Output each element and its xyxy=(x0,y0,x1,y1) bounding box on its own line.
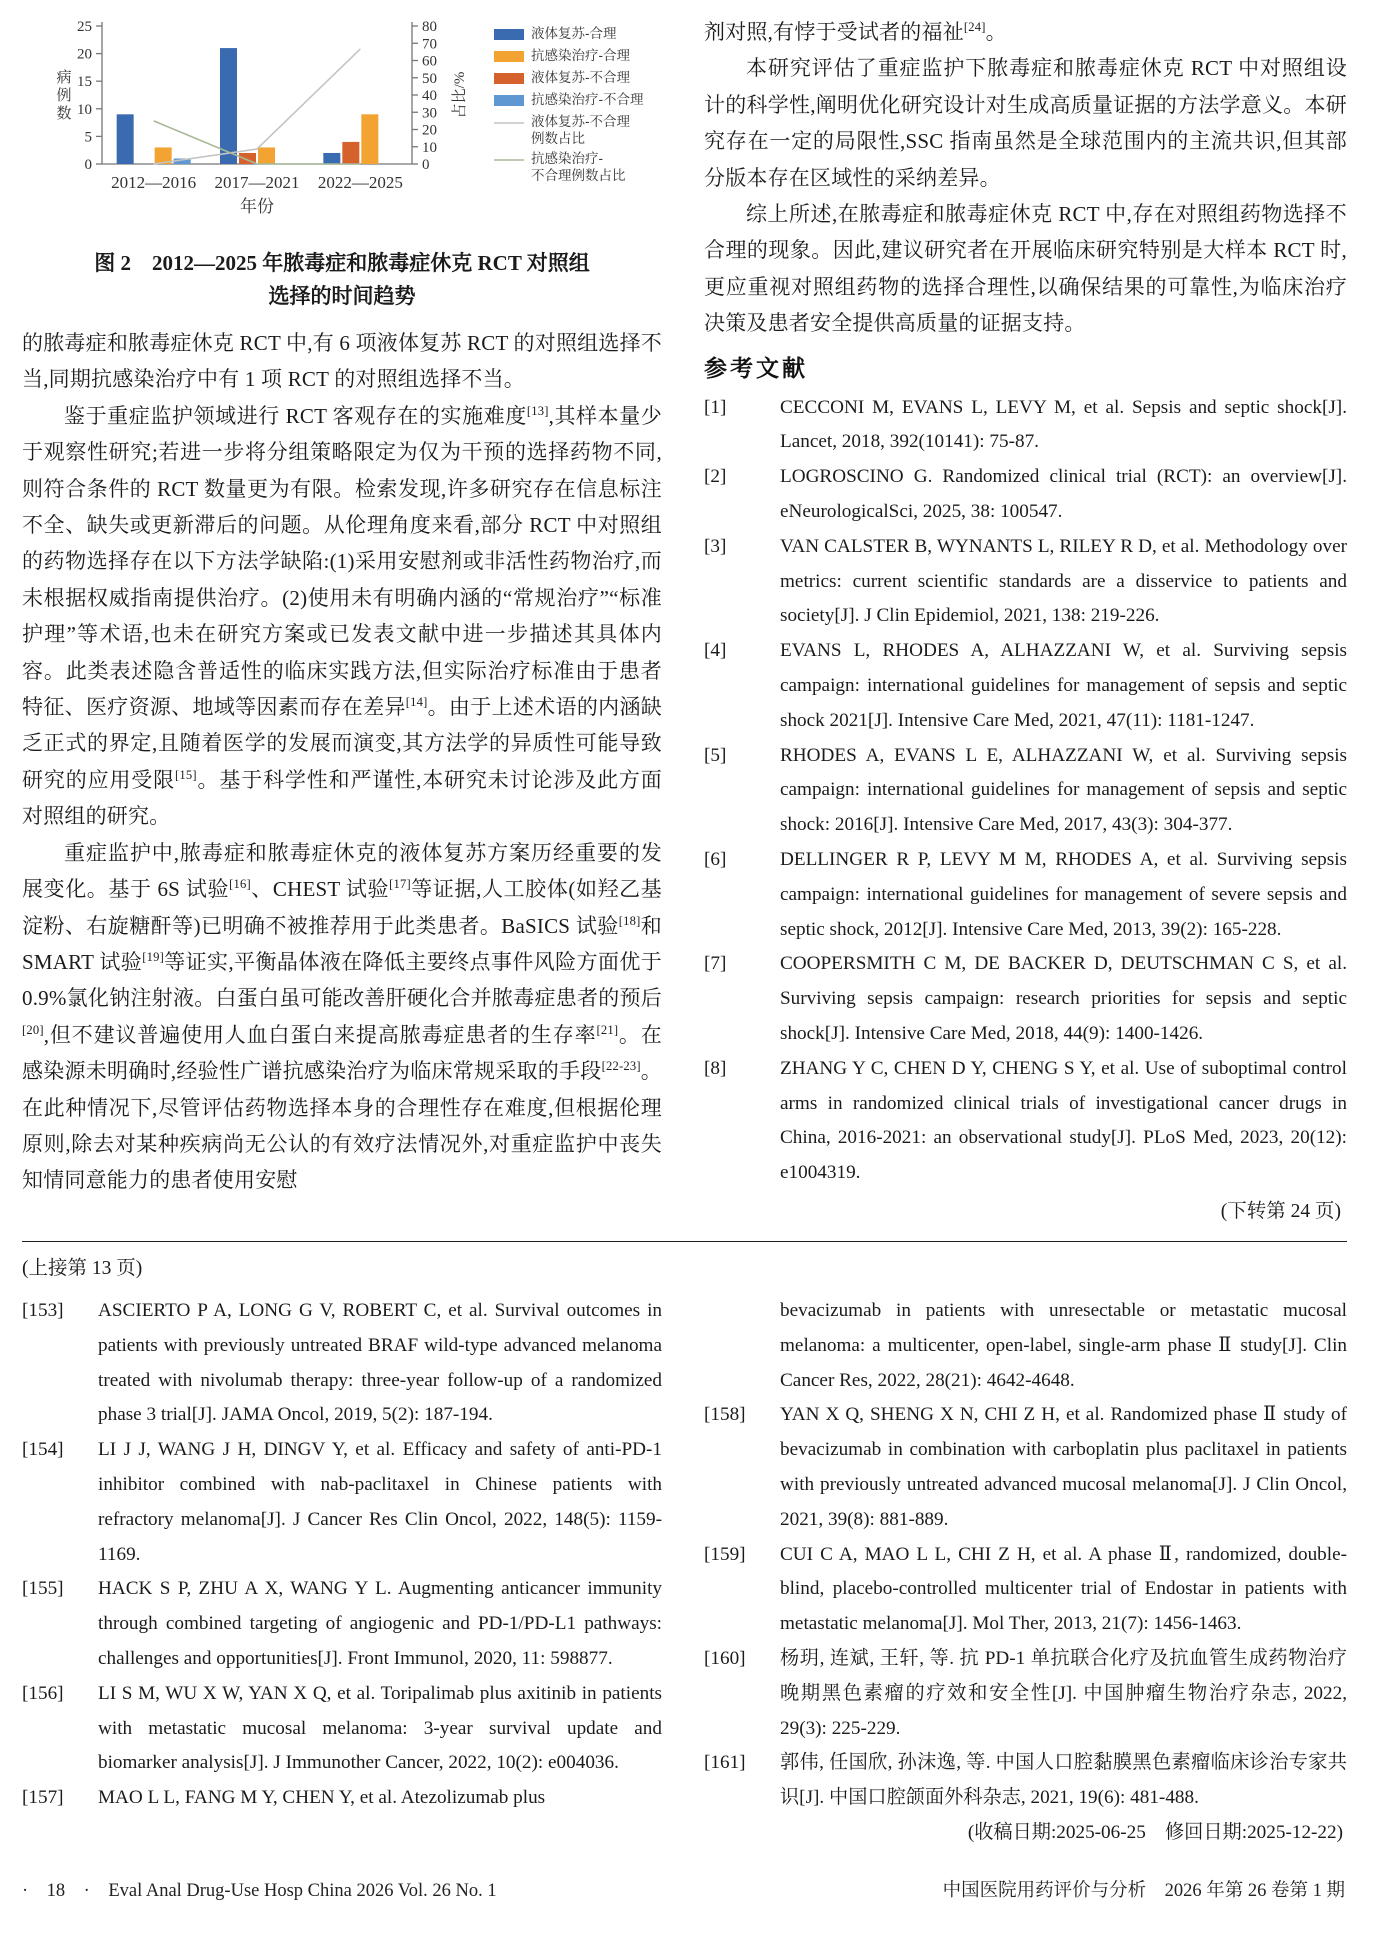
svg-text:2012—2016: 2012—2016 xyxy=(111,173,196,192)
page-footer: · 18 · Eval Anal Drug-Use Hosp China 202… xyxy=(22,1876,1345,1902)
svg-text:2017—2021: 2017—2021 xyxy=(215,173,300,192)
reference-text: HACK S P, ZHU A X, WANG Y L. Augmenting … xyxy=(98,1572,662,1676)
svg-text:液体复苏-合理: 液体复苏-合理 xyxy=(531,25,617,41)
reference-text: COOPERSMITH C M, DE BACKER D, DEUTSCHMAN… xyxy=(780,947,1347,1051)
reference-item: [159] CUI C A, MAO L L, CHI Z H, et al. … xyxy=(704,1538,1347,1642)
svg-text:病: 病 xyxy=(56,69,71,86)
svg-text:80: 80 xyxy=(422,19,437,35)
reference-number: [5] xyxy=(704,739,780,843)
reference-number: [6] xyxy=(704,843,780,947)
reference-text: CECCONI M, EVANS L, LEVY M, et al. Sepsi… xyxy=(780,391,1347,461)
reference-number: [156] xyxy=(22,1677,98,1781)
reference-text: 杨玥, 连斌, 王轩, 等. 抗 PD-1 单抗联合化疗及抗血管生成药物治疗晚期… xyxy=(780,1642,1347,1746)
svg-text:占比/%: 占比/% xyxy=(451,72,468,119)
svg-text:抗感染治疗-合理: 抗感染治疗-合理 xyxy=(531,47,630,63)
reference-text: 郭伟, 任国欣, 孙沫逸, 等. 中国人口腔黏膜黑色素瘤临床诊治专家共识[J].… xyxy=(780,1746,1347,1816)
reference-number: [4] xyxy=(704,634,780,738)
reference-text: LI J J, WANG J H, DINGV Y, et al. Effica… xyxy=(98,1433,662,1572)
reference-number: [7] xyxy=(704,947,780,1051)
reference-item: [2] LOGROSCINO G. Randomized clinical tr… xyxy=(704,460,1347,530)
svg-text:例: 例 xyxy=(56,87,71,104)
reference-text: EVANS L, RHODES A, ALHAZZANI W, et al. S… xyxy=(780,634,1347,738)
reference-item: [158] YAN X Q, SHENG X N, CHI Z H, et al… xyxy=(704,1398,1347,1537)
reference-number: [8] xyxy=(704,1052,780,1191)
svg-text:15: 15 xyxy=(77,74,92,90)
reference-number: [161] xyxy=(704,1746,780,1816)
reference-text: LI S M, WU X W, YAN X Q, et al. Toripali… xyxy=(98,1677,662,1781)
reference-number: [158] xyxy=(704,1398,780,1537)
svg-text:数: 数 xyxy=(56,105,71,122)
svg-text:液体复苏-不合理: 液体复苏-不合理 xyxy=(531,113,630,129)
reference-item: [157] MAO L L, FANG M Y, CHEN Y, et al. … xyxy=(22,1781,662,1816)
body-paragraph: 的脓毒症和脓毒症休克 RCT 中,有 6 项液体复苏 RCT 的对照组选择不当,… xyxy=(22,325,662,398)
body-paragraph: 综上所述,在脓毒症和脓毒症休克 RCT 中,存在对照组药物选择不合理的现象。因此… xyxy=(704,196,1347,342)
reference-text: ZHANG Y C, CHEN D Y, CHENG S Y, et al. U… xyxy=(780,1052,1347,1191)
body-paragraph: 鉴于重症监护领域进行 RCT 客观存在的实施难度[13],其样本量少于观察性研究… xyxy=(22,398,662,835)
svg-text:不合理例数占比: 不合理例数占比 xyxy=(531,167,626,183)
figure-2-chart: 051015202501020304050607080病例数占比/%2012—2… xyxy=(22,14,662,238)
figure-caption-line1: 图 2 2012—2025 年脓毒症和脓毒症休克 RCT 对照组 xyxy=(22,247,662,280)
reference-text: bevacizumab in patients with unresectabl… xyxy=(780,1294,1347,1398)
reference-item: [6] DELLINGER R P, LEVY M M, RHODES A, e… xyxy=(704,843,1347,947)
references-heading: 参考文献 xyxy=(704,350,1347,383)
svg-text:70: 70 xyxy=(422,36,437,52)
svg-text:10: 10 xyxy=(422,140,437,156)
svg-text:0: 0 xyxy=(85,157,93,173)
svg-text:20: 20 xyxy=(77,47,92,63)
figure-caption: 图 2 2012—2025 年脓毒症和脓毒症休克 RCT 对照组 选择的时间趋势 xyxy=(22,247,662,313)
reference-item: [155] HACK S P, ZHU A X, WANG Y L. Augme… xyxy=(22,1572,662,1676)
reference-number: [154] xyxy=(22,1433,98,1572)
reference-text: MAO L L, FANG M Y, CHEN Y, et al. Atezol… xyxy=(98,1781,662,1816)
reference-text: CUI C A, MAO L L, CHI Z H, et al. A phas… xyxy=(780,1538,1347,1642)
svg-text:40: 40 xyxy=(422,88,437,104)
svg-text:50: 50 xyxy=(422,71,437,87)
reference-number: [1] xyxy=(704,391,780,461)
received-revised-dates: (收稿日期:2025-06-25 修回日期:2025-12-22) xyxy=(704,1816,1347,1851)
footer-right: 中国医院用药评价与分析 2026 年第 26 卷第 1 期 xyxy=(943,1876,1345,1902)
reference-item: [160] 杨玥, 连斌, 王轩, 等. 抗 PD-1 单抗联合化疗及抗血管生成… xyxy=(704,1642,1347,1746)
svg-text:例数占比: 例数占比 xyxy=(531,130,585,146)
reference-item: [7] COOPERSMITH C M, DE BACKER D, DEUTSC… xyxy=(704,947,1347,1051)
reference-number: [160] xyxy=(704,1642,780,1746)
reference-item: [1] CECCONI M, EVANS L, LEVY M, et al. S… xyxy=(704,391,1347,461)
svg-text:0: 0 xyxy=(422,157,430,173)
svg-text:抗感染治疗-: 抗感染治疗- xyxy=(531,150,603,166)
reference-text: RHODES A, EVANS L E, ALHAZZANI W, et al.… xyxy=(780,739,1347,843)
reference-text: VAN CALSTER B, WYNANTS L, RILEY R D, et … xyxy=(780,530,1347,634)
reference-item: [156] LI S M, WU X W, YAN X Q, et al. To… xyxy=(22,1677,662,1781)
reference-item: [154] LI J J, WANG J H, DINGV Y, et al. … xyxy=(22,1433,662,1572)
body-paragraph: 本研究评估了重症监护下脓毒症和脓毒症休克 RCT 中对照组设计的科学性,阐明优化… xyxy=(704,50,1347,196)
figure-2: 051015202501020304050607080病例数占比/%2012—2… xyxy=(22,14,662,313)
journal-page: 051015202501020304050607080病例数占比/%2012—2… xyxy=(0,0,1375,1851)
reference-text: DELLINGER R P, LEVY M M, RHODES A, et al… xyxy=(780,843,1347,947)
reference-item: [4] EVANS L, RHODES A, ALHAZZANI W, et a… xyxy=(704,634,1347,738)
svg-text:60: 60 xyxy=(422,54,437,70)
continued-to-note: (下转第 24 页) xyxy=(704,1195,1347,1229)
svg-text:2022—2025: 2022—2025 xyxy=(318,173,403,192)
svg-text:液体复苏-不合理: 液体复苏-不合理 xyxy=(531,69,630,85)
reference-text: ASCIERTO P A, LONG G V, ROBERT C, et al.… xyxy=(98,1294,662,1433)
figure-caption-line2: 选择的时间趋势 xyxy=(22,280,662,313)
reference-number: [2] xyxy=(704,460,780,530)
reference-number-empty xyxy=(704,1294,780,1398)
reference-number: [155] xyxy=(22,1572,98,1676)
reference-number: [157] xyxy=(22,1781,98,1816)
body-paragraph: 剂对照,有悖于受试者的福祉[24]。 xyxy=(704,14,1347,50)
reference-item: [5] RHODES A, EVANS L E, ALHAZZANI W, et… xyxy=(704,739,1347,843)
reference-text: LOGROSCINO G. Randomized clinical trial … xyxy=(780,460,1347,530)
reference-item: [3] VAN CALSTER B, WYNANTS L, RILEY R D,… xyxy=(704,530,1347,634)
reference-item: [8] ZHANG Y C, CHEN D Y, CHENG S Y, et a… xyxy=(704,1052,1347,1191)
footer-left: · 18 · Eval Anal Drug-Use Hosp China 202… xyxy=(22,1876,497,1902)
reference-number: [3] xyxy=(704,530,780,634)
reference-item: [153] ASCIERTO P A, LONG G V, ROBERT C, … xyxy=(22,1294,662,1433)
reference-text: YAN X Q, SHENG X N, CHI Z H, et al. Rand… xyxy=(780,1398,1347,1537)
svg-text:年份: 年份 xyxy=(240,196,274,216)
svg-text:20: 20 xyxy=(422,123,437,139)
section-divider xyxy=(22,1241,1347,1242)
svg-text:抗感染治疗-不合理: 抗感染治疗-不合理 xyxy=(531,91,644,107)
reference-number: [159] xyxy=(704,1538,780,1642)
svg-text:10: 10 xyxy=(77,102,92,118)
svg-text:25: 25 xyxy=(77,19,92,35)
body-paragraph: 重症监护中,脓毒症和脓毒症休克的液体复苏方案历经重要的发展变化。基于 6S 试验… xyxy=(22,835,662,1199)
continued-from-note: (上接第 13 页) xyxy=(22,1252,1347,1286)
svg-text:5: 5 xyxy=(85,129,93,145)
svg-text:30: 30 xyxy=(422,105,437,121)
reference-item: [161] 郭伟, 任国欣, 孙沫逸, 等. 中国人口腔黏膜黑色素瘤临床诊治专家… xyxy=(704,1746,1347,1816)
reference-continuation: bevacizumab in patients with unresectabl… xyxy=(704,1294,1347,1398)
reference-number: [153] xyxy=(22,1294,98,1433)
